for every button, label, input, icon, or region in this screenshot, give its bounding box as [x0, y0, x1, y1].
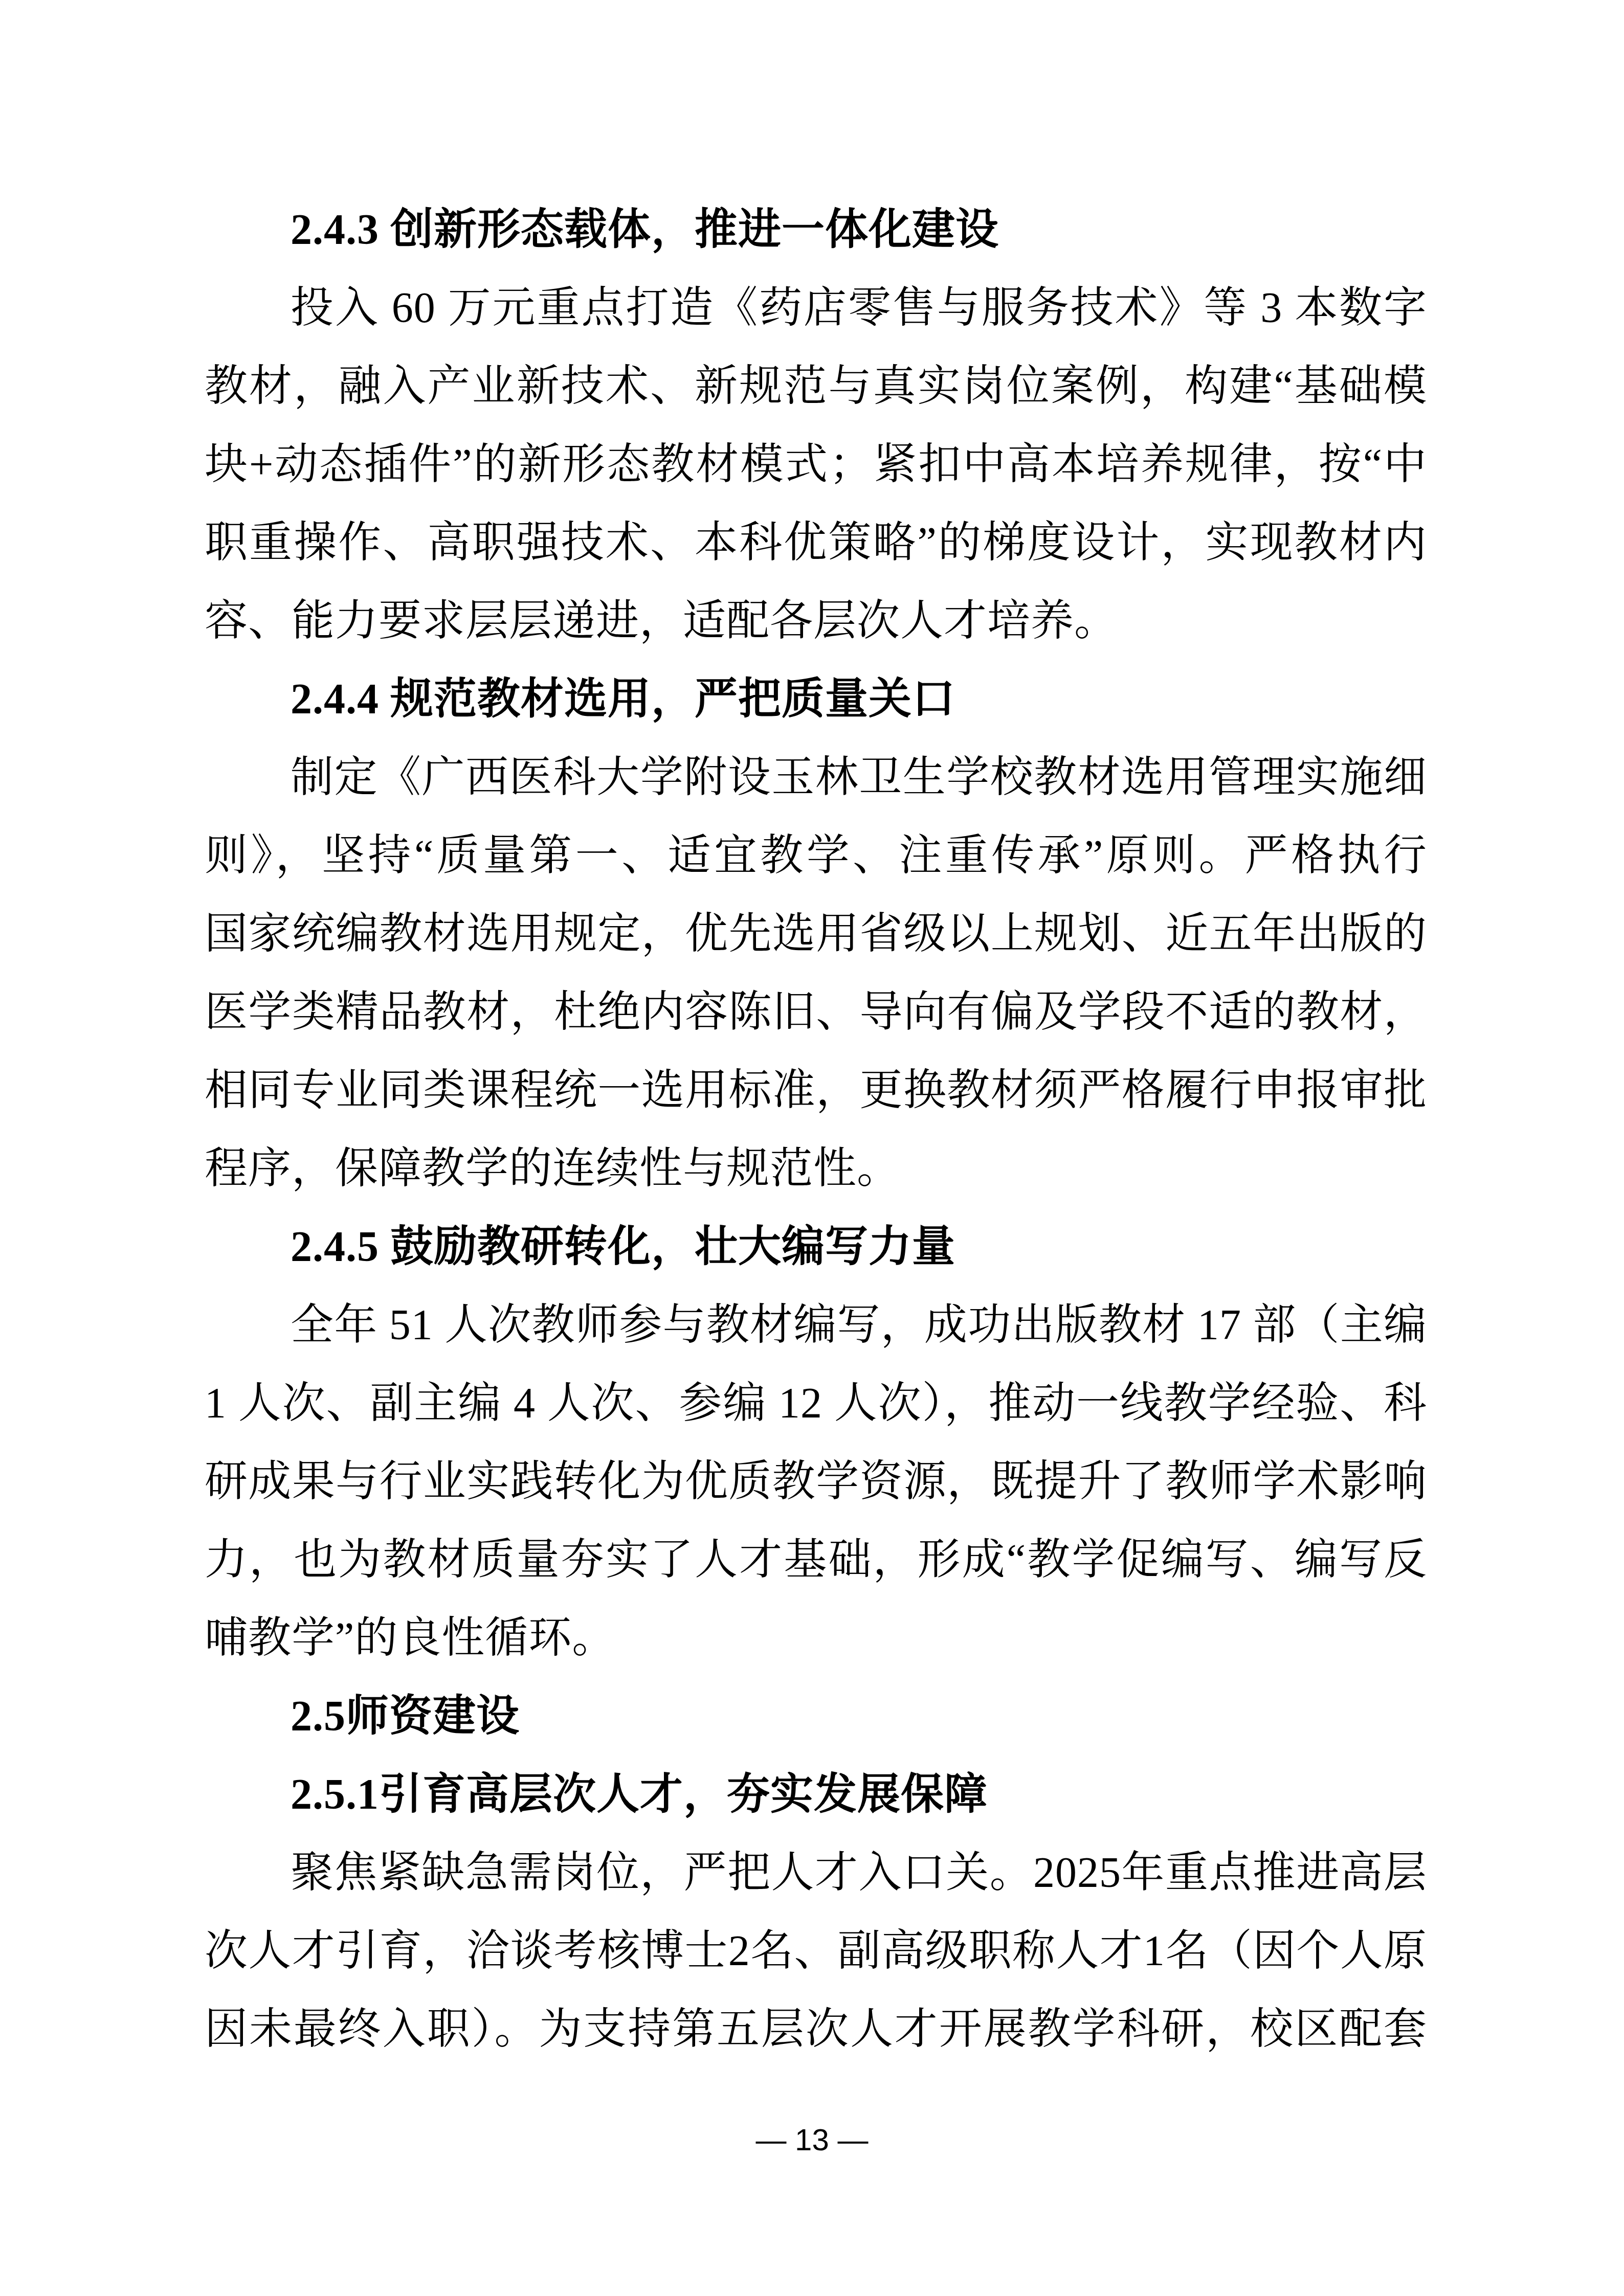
page: { "colors": { "background": "#ffffff", "… — [0, 0, 1624, 2296]
heading-2-4-3: 2.4.3 创新形态载体，推进一体化建设 — [205, 191, 1427, 269]
para-2-5-1-line-3: 因未最终入职）。为支持第五层次人才开展教学科研，校区配套 — [205, 1990, 1427, 2068]
heading-2-4-4: 2.4.4 规范教材选用，严把质量关口 — [205, 660, 1427, 738]
document-body: 2.4.3 创新形态载体，推进一体化建设 投入 60 万元重点打造《药店零售与服… — [205, 191, 1427, 2068]
heading-2-5: 2.5师资建设 — [205, 1677, 1427, 1755]
para-2-4-5-line-4: 力，也为教材质量夯实了人才基础，形成“教学促编写、编写反 — [205, 1521, 1427, 1599]
para-2-4-4-line-3: 国家统编教材选用规定，优先选用省级以上规划、近五年出版的 — [205, 895, 1427, 973]
para-2-4-3-line-5: 容、能力要求层层递进，适配各层次人才培养。 — [205, 582, 1427, 660]
page-footer: — 13 — — [0, 2117, 1624, 2163]
para-2-5-1-line-1: 聚焦紧缺急需岗位，严把人才入口关。2025年重点推进高层 — [205, 1834, 1427, 1912]
heading-2-5-1: 2.5.1引育高层次人才，夯实发展保障 — [205, 1755, 1427, 1834]
para-2-4-5-line-1: 全年 51 人次教师参与教材编写，成功出版教材 17 部（主编 — [205, 1286, 1427, 1364]
para-2-4-4-line-1: 制定《广西医科大学附设玉林卫生学校教材选用管理实施细 — [205, 738, 1427, 817]
para-2-4-3-line-2: 教材，融入产业新技术、新规范与真实岗位案例，构建“基础模 — [205, 347, 1427, 425]
para-2-4-3-line-3: 块+动态插件”的新形态教材模式；紧扣中高本培养规律，按“中 — [205, 425, 1427, 504]
para-2-4-4-line-5: 相同专业同类课程统一选用标准，更换教材须严格履行申报审批 — [205, 1051, 1427, 1130]
para-2-4-4-line-2: 则》，坚持“质量第一、适宜教学、注重传承”原则。严格执行 — [205, 817, 1427, 895]
para-2-4-4-line-4: 医学类精品教材，杜绝内容陈旧、导向有偏及学段不适的教材， — [205, 973, 1427, 1051]
para-2-4-3-line-4: 职重操作、高职强技术、本科优策略”的梯度设计，实现教材内 — [205, 504, 1427, 582]
para-2-4-5-line-2: 1 人次、副主编 4 人次、参编 12 人次），推动一线教学经验、科 — [205, 1364, 1427, 1443]
heading-2-4-5: 2.4.5 鼓励教研转化，壮大编写力量 — [205, 1208, 1427, 1286]
para-2-4-5-line-5: 哺教学”的良性循环。 — [205, 1599, 1427, 1677]
para-2-5-1-line-2: 次人才引育，洽谈考核博士2名、副高级职称人才1名（因个人原 — [205, 1912, 1427, 1990]
para-2-4-3-line-1: 投入 60 万元重点打造《药店零售与服务技术》等 3 本数字 — [205, 269, 1427, 347]
page-number: — 13 — — [755, 2123, 868, 2157]
para-2-4-4-line-6: 程序，保障教学的连续性与规范性。 — [205, 1130, 1427, 1208]
para-2-4-5-line-3: 研成果与行业实践转化为优质教学资源，既提升了教师学术影响 — [205, 1443, 1427, 1521]
